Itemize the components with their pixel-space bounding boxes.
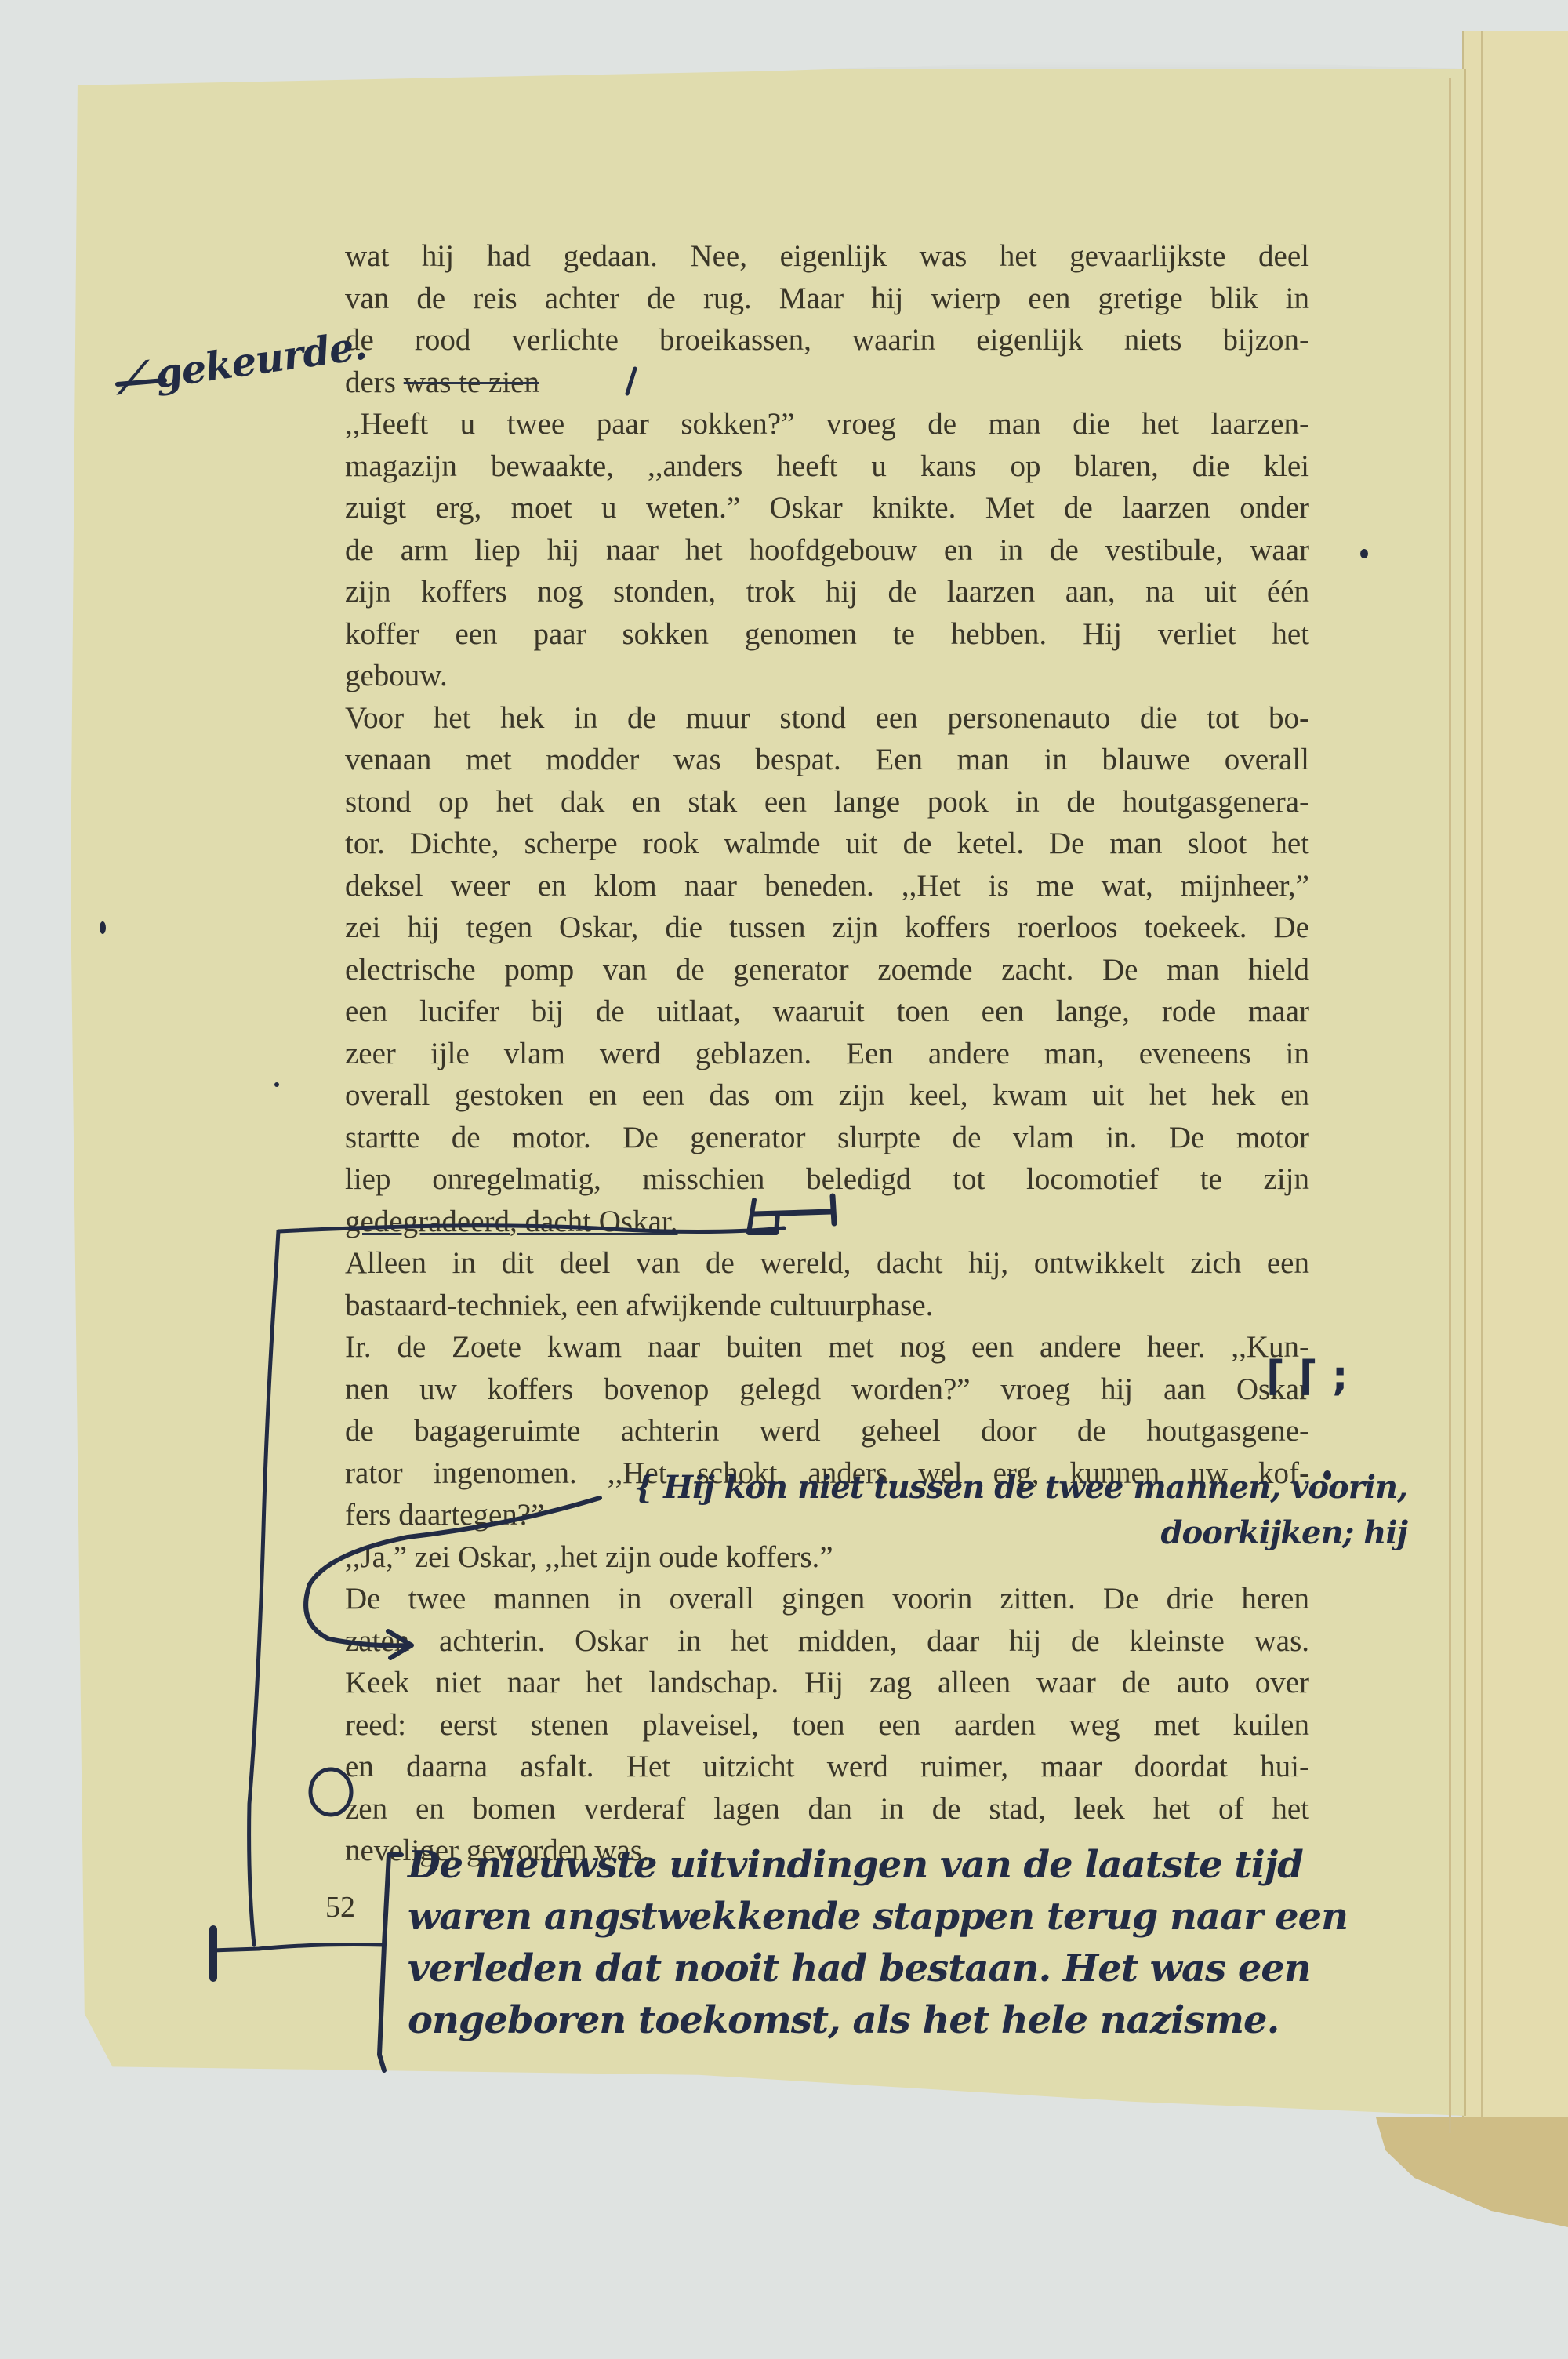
ink-dot-mark — [1323, 1470, 1331, 1480]
printed-text: wat hij had gedaan. Nee, eigenlijk was h… — [345, 235, 1309, 1872]
insertion-line: { Hij kon niet tussen de twee mannen, vo… — [576, 1465, 1407, 1510]
text-line: een lucifer bij de uitlaat, waaruit toen… — [345, 990, 1309, 1033]
underlined-text-line: gedegradeerd, dacht Oskar. — [345, 1201, 1309, 1243]
text-line: liep onregelmatig, misschien beledigd to… — [345, 1158, 1309, 1201]
text-line: gebouw. — [345, 655, 1309, 697]
spine-fold — [1449, 78, 1451, 2133]
text-line: ,,Heeft u twee paar sokken?” vroeg de ma… — [345, 403, 1309, 445]
text-line: tor. Dichte, scherpe rook walmde uit de … — [345, 823, 1309, 865]
text-line: magazijn bewaakte, ,,anders heeft u kans… — [345, 445, 1309, 488]
text-line: Ir. de Zoete kwam naar buiten met nog ee… — [345, 1326, 1309, 1369]
text-line: bastaard-techniek, een afwijkende cultuu… — [345, 1285, 1309, 1327]
text-line: de bagageruimte achterin werd geheel doo… — [345, 1410, 1309, 1452]
ink-dot-mark — [274, 1082, 279, 1087]
text-line: De twee mannen in overall gingen voorin … — [345, 1578, 1309, 1620]
text-line: zei hij tegen Oskar, die tussen zijn kof… — [345, 907, 1309, 949]
handwritten-bottom-note: De nieuwste uitvindingen van de laatste … — [408, 1839, 1419, 2046]
text-line: Voor het hek in de muur stond een person… — [345, 697, 1309, 740]
text-line: van de reis achter de rug. Maar hij wier… — [345, 278, 1309, 320]
text-line: stond op het dak en stak een lange pook … — [345, 781, 1309, 823]
facing-page-edge — [1462, 31, 1568, 2180]
insertion-line: doorkijken; hij — [576, 1510, 1407, 1556]
struck-text: was te zien — [404, 365, 539, 399]
text-line: de arm liep hij naar het hoofdgebouw en … — [345, 529, 1309, 572]
text-line: zen en bomen verderaf lagen dan in de st… — [345, 1788, 1309, 1830]
page-stack-edge — [1376, 2117, 1568, 2227]
note-line: waren angstwekkende stappen terug naar e… — [408, 1891, 1419, 1943]
text-line: nen uw koffers bovenop gelegd worden?” v… — [345, 1369, 1309, 1411]
ink-dot-mark — [100, 921, 106, 934]
text-line: reed: eerst stenen plaveisel, toen een a… — [345, 1704, 1309, 1747]
text-line: zuigt erg, moet u weten.” Oskar knikte. … — [345, 487, 1309, 529]
text-line: koffer een paar sokken genomen te hebben… — [345, 613, 1309, 656]
text-line: wat hij had gedaan. Nee, eigenlijk was h… — [345, 235, 1309, 278]
text-line: deksel weer en klom naar beneden. ,,Het … — [345, 865, 1309, 907]
ink-dot-mark — [1360, 549, 1368, 558]
handwritten-insertion: { Hij kon niet tussen de twee mannen, vo… — [576, 1465, 1407, 1556]
note-line: verleden dat nooit had bestaan. Het was … — [408, 1943, 1419, 1994]
note-line: ongeboren toekomst, als het hele nazisme… — [408, 1994, 1419, 2046]
text-line: overall gestoken en een das om zijn keel… — [345, 1074, 1309, 1117]
text-line: en daarna asfalt. Het uitzicht werd ruim… — [345, 1746, 1309, 1788]
right-margin-marks: ⌈ ⌈ ; — [1266, 1353, 1348, 1400]
text-line: electrische pomp van de generator zoemde… — [345, 949, 1309, 991]
text-line: zijn koffers nog stonden, trok hij de la… — [345, 571, 1309, 613]
text-line: venaan met modder was bespat. Een man in… — [345, 739, 1309, 781]
text-line: Alleen in dit deel van de wereld, dacht … — [345, 1242, 1309, 1285]
note-line: De nieuwste uitvindingen van de laatste … — [408, 1839, 1419, 1891]
text-line: zaten achterin. Oskar in het midden, daa… — [345, 1620, 1309, 1663]
text-line-with-deletion: ders was te zien — [345, 362, 1309, 404]
page-number: 52 — [325, 1890, 355, 1925]
text-line: startte de motor. De generator slurpte d… — [345, 1117, 1309, 1159]
text-line: Keek niet naar het landschap. Hij zag al… — [345, 1662, 1309, 1704]
text-line: zeer ijle vlam werd geblazen. Een andere… — [345, 1033, 1309, 1075]
text-line: de rood verlichte broeikassen, waarin ei… — [345, 319, 1309, 362]
